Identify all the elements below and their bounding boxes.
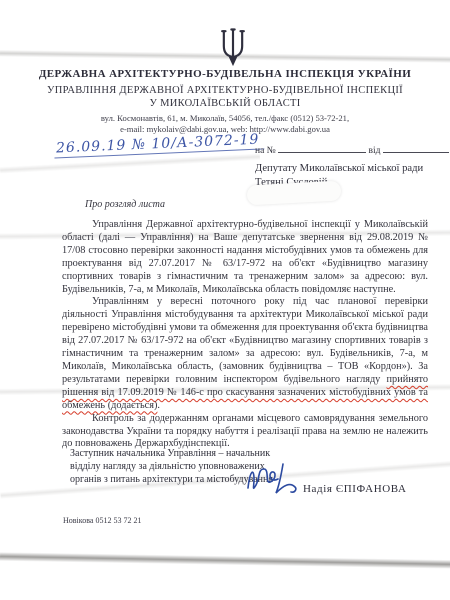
letter-content: ДЕРЖАВНА АРХІТЕКТУРНО-БУДІВЕЛЬНА ІНСПЕКЦ… — [0, 0, 450, 600]
org-department-line1: УПРАВЛІННЯ ДЕРЖАВНОЇ АРХІТЕКТУРНО-БУДІВЕ… — [35, 85, 415, 98]
subject-line: Про розгляд листа — [85, 199, 165, 210]
handwritten-date-number: 26.09.19 № 10/А-3072-19 — [54, 131, 264, 158]
body-paragraph-2-end: . — [157, 400, 160, 411]
body-paragraph-2: Управлінням у вересні поточного року під… — [62, 296, 428, 412]
reply-date-blank — [383, 143, 449, 153]
reply-from-label: від — [369, 146, 381, 156]
org-department-line2: У МИКОЛАЇВСЬКІЙ ОБЛАСТІ — [35, 98, 415, 111]
desk-photo: ДЕРЖАВНА АРХІТЕКТУРНО-БУДІВЕЛЬНА ІНСПЕКЦ… — [0, 0, 450, 600]
org-name: ДЕРЖАВНА АРХІТЕКТУРНО-БУДІВЕЛЬНА ІНСПЕКЦ… — [35, 68, 415, 80]
org-contacts: вул. Космонавтів, 61, м. Миколаїв, 54056… — [35, 113, 415, 134]
correction-fluid-redaction — [247, 181, 342, 206]
handwritten-signature — [243, 458, 301, 505]
recipient-line1: Депутату Миколаївської міської ради — [255, 162, 423, 176]
reply-number-blank — [278, 143, 366, 153]
body-paragraph-1: Управління Державної архітектурно-будіве… — [62, 219, 428, 296]
executor-contact: Новікова 0512 53 72 21 — [63, 516, 141, 525]
signer-name: Надія ЄПІФАНОВА — [303, 483, 407, 495]
reply-to-label: на № — [255, 146, 276, 156]
reply-reference-line: на № від — [255, 143, 449, 156]
ukraine-trident-icon — [218, 26, 248, 73]
org-department: УПРАВЛІННЯ ДЕРЖАВНОЇ АРХІТЕКТУРНО-БУДІВЕ… — [35, 85, 415, 110]
body-paragraph-3: Контроль за додержанням органами місцево… — [62, 413, 428, 452]
letter-body: Управління Державної архітектурно-будіве… — [62, 219, 428, 451]
body-paragraph-2-text: Управлінням у вересні поточного року під… — [62, 296, 428, 384]
org-address-line: вул. Космонавтів, 61, м. Миколаїв, 54056… — [35, 113, 415, 124]
